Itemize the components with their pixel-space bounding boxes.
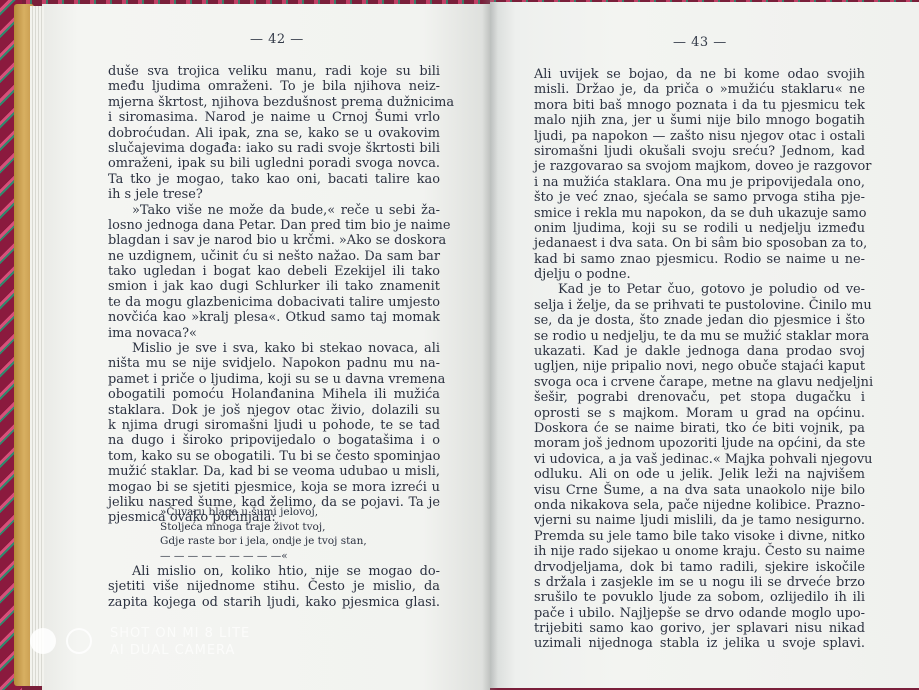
text-line: staklara. Dok je još njegov otac živio, … <box>108 403 440 418</box>
text-line: jedanaest i dva sata. On bi sâm bio spos… <box>534 236 865 251</box>
text-line: drvodjeljama, dok bi tamo radili, sjekir… <box>534 560 865 575</box>
text-line: siromašni ljudi okušali svoju sreću? Jed… <box>534 144 865 159</box>
text-line: pamet i priče o ljudima, koji su se u da… <box>108 372 440 387</box>
text-line: te da mogu glazbenicima dobacivati talir… <box>108 295 440 310</box>
text-line: Gdje raste bor i jela, ondje je tvoj sta… <box>160 534 367 549</box>
text-line: — — — — — — — — —« <box>160 549 367 564</box>
text-line: tom, kako su se obogatili. Tu bi se čest… <box>108 449 440 464</box>
text-line: duše sva trojica veliku manu, radi koje … <box>108 64 440 79</box>
text-line: šešir, pograbi drenovaču, pet stopa duga… <box>534 390 865 405</box>
text-line: srušilo te povuklo ljude za sobom, ozlij… <box>534 590 865 605</box>
text-line: Premda su jele tamo bile tako visoke i d… <box>534 529 865 544</box>
text-line: dobroćudan. Ali ipak, zna se, kako se u … <box>108 126 440 141</box>
text-line: se, da je dosta, što znade jedan dio pje… <box>534 313 865 328</box>
text-line: ljudi, pa napokon — zašto nisu njegov ot… <box>534 129 865 144</box>
text-line: Stoljeća mnoga traje život tvoj, <box>160 520 367 535</box>
text-line: se rodio u nedjelju, te da mu se mužić s… <box>534 329 865 344</box>
page-number-43: — 43 — <box>673 35 727 50</box>
text-line: što je već znao, sjećala se samo prvoga … <box>534 190 865 205</box>
left-page: — 42 — duše sva trojica veliku manu, rad… <box>42 4 490 690</box>
text-line: onda nikakova sela, pače nijedne kolibic… <box>534 498 865 513</box>
text-line: ukazati. Kad je dakle jednoga dana proda… <box>534 344 865 359</box>
text-line: moram još jednom upozoriti ljude na opći… <box>534 436 865 451</box>
text-line: i siromasima. Narod je naime u Crnoj Šum… <box>108 110 440 125</box>
text-line: zapita kojega od starih ljudi, kako pjes… <box>108 595 440 610</box>
text-line: je razgovarao sa svojom majkom, doveo je… <box>534 159 865 174</box>
text-line: pače i ubilo. Najljepše se drvo odande m… <box>534 606 865 621</box>
text-line: ima novaca?« <box>108 326 440 341</box>
text-line: obogatili pomoću Holanđanina Mihela ili … <box>108 387 440 402</box>
text-line: ugljen, nije pripalio novi, nego obuče s… <box>534 359 865 374</box>
text-line: Mislio je sve i sva, kako bi stekao nova… <box>108 341 440 356</box>
text-line: Ali uvijek se bojao, da ne bi kome odao … <box>534 67 865 82</box>
text-line: ih nije rado sijekao u onome kraju. Čest… <box>534 544 865 559</box>
text-line: visu Crne Šume, a na dva sata unaokolo n… <box>534 483 865 498</box>
text-line: malo njih zna, jer u šumi nije bilo mnog… <box>534 113 865 128</box>
text-line: losno jednoga dana Petar. Dan pred tim b… <box>108 218 440 233</box>
text-line: ih s jele trese? <box>108 187 440 202</box>
text-line: i na mužića staklara. Ona mu je pripovij… <box>534 175 865 190</box>
text-line: kad bi samo znao pjesmicu. Rodio se naim… <box>534 252 865 267</box>
right-page: — 43 — Ali uvijek se bojao, da ne bi kom… <box>490 2 919 688</box>
text-line: Doskora će se naime birati, tko će biti … <box>534 421 865 436</box>
text-line: ne uzdignem, učinit ću si nešto nažao. D… <box>108 249 440 264</box>
text-line: svoga oca i crvene čarape, metne na glav… <box>534 375 865 390</box>
text-line: »Čuvaru blaga u šumi jelovoj, <box>160 505 367 520</box>
left-page-text: duše sva trojica veliku manu, radi koje … <box>108 64 440 526</box>
text-line: vjerni su naime ljudi mislili, da je tam… <box>534 513 865 528</box>
text-line: trijebiti samo kao gorivo, jer splavari … <box>534 621 865 636</box>
page-number-42: — 42 — <box>250 32 304 47</box>
text-line: omraženi, ipak su bili ugledni poradi sv… <box>108 156 440 171</box>
text-line: sjetiti više nijednome stihu. Često je m… <box>108 579 440 594</box>
left-page-text-after-verse: Ali mislio on, koliko htio, nije se moga… <box>108 564 440 610</box>
text-line: među ljudima omraženi. To je bila njihov… <box>108 79 440 94</box>
text-line: tako ugledan i bogat kao debeli Ezekijel… <box>108 264 440 279</box>
text-line: k njima drugi siromašni ljudi u pohode, … <box>108 418 440 433</box>
page-stack-edge <box>30 6 44 686</box>
text-line: uzimali nijednoga stabla iz jelika u svo… <box>534 636 865 651</box>
book-gutter <box>482 0 498 690</box>
text-line: oprosti se s majkom. Moram u grad na opć… <box>534 406 865 421</box>
text-line: s držala i zasjekle im se u nogu ili se … <box>534 575 865 590</box>
text-line: smion i jak kao dugi Schlurker ili tako … <box>108 279 440 294</box>
text-line: Ta tko je mogao, tako kao oni, bacati ta… <box>108 172 440 187</box>
text-line: slučajevima događa: iako su radi svoje š… <box>108 141 440 156</box>
text-line: misli. Držao je, da priča o »mužiću stak… <box>534 82 865 97</box>
text-line: onim ljudima, koji su se rodili u nedjel… <box>534 221 865 236</box>
text-line: Ali mislio on, koliko htio, nije se moga… <box>108 564 440 579</box>
right-page-text: Ali uvijek se bojao, da ne bi kome odao … <box>534 67 865 652</box>
text-line: blagdan i sav je narod bio u krčmi. »Ako… <box>108 233 440 248</box>
verse-block: »Čuvaru blaga u šumi jelovoj,Stoljeća mn… <box>160 505 367 563</box>
text-line: selja i želje, da se prihvati te pustolo… <box>534 298 865 313</box>
text-line: »Tako više ne može da bude,« reče u sebi… <box>108 203 440 218</box>
text-line: mora biti baš mnogo poznata i da tu pjes… <box>534 98 865 113</box>
text-line: na dugo i široko pripovijedalo o bogataš… <box>108 433 440 448</box>
text-line: ništa mu se nije svidjelo. Napokon padnu… <box>108 356 440 371</box>
text-line: mužić staklar. Da, kad bi se veoma uduba… <box>108 464 440 479</box>
text-line: smice i rekla mu napokon, da se duh ukaz… <box>534 206 865 221</box>
text-line: vi udovica, a ja vaš jedinac.« Majka poh… <box>534 452 865 467</box>
text-line: djelju o podne. <box>534 267 865 282</box>
text-line: Kad je to Petar čuo, gotovo je poludio o… <box>534 282 865 297</box>
text-line: mjerna škrtost, njihova bezdušnost prema… <box>108 95 440 110</box>
text-line: novčića kao »kralj plesa«. Otkud samo ta… <box>108 310 440 325</box>
text-line: mogao bi se sjetiti pjesmice, koja se mo… <box>108 480 440 495</box>
text-line: odluku. Ali on ode u jelik. Jelik leži n… <box>534 467 865 482</box>
